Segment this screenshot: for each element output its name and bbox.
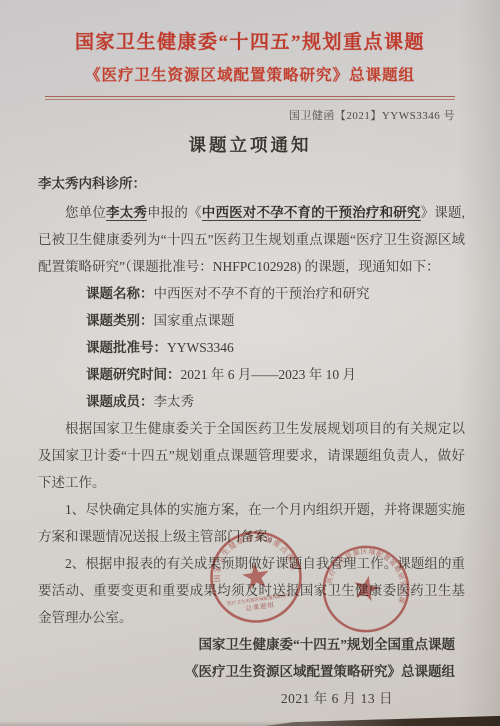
- detail-value: 2021 年 6 月——2023 年 10 月: [181, 367, 357, 382]
- detail-label: 课题名称：: [86, 286, 154, 301]
- para1-mid: 申报的《: [147, 205, 202, 220]
- applicant-name: 李太秀: [106, 205, 147, 221]
- document-number: 国卫健函【2021】YYWS3346 号: [0, 107, 500, 123]
- detail-label: 课题批准号：: [86, 340, 167, 355]
- detail-label: 课题研究时间：: [86, 367, 181, 382]
- signature-date: 2021 年 6 月 13 日: [38, 685, 465, 712]
- seal-star-icon: [241, 561, 271, 590]
- detail-project-category: 课题类别：国家重点课题: [38, 307, 465, 334]
- document-header: 国家卫生健康委“十四五”规划重点课题 《医疗卫生资源区域配置策略研究》总课题组 …: [0, 0, 500, 157]
- signature-org-line2: 《医疗卫生资源区域配置策略研究》总课题组: [38, 658, 455, 685]
- photo-bottom-shadow: [0, 721, 300, 726]
- document-body: 李太秀内科诊所： 您单位李太秀申报的《中西医对不孕不育的干预治疗和研究》课题, …: [0, 170, 500, 712]
- seal-star-icon: [351, 573, 381, 602]
- detail-label: 课题成员：: [86, 394, 154, 409]
- header-title-line1: 国家卫生健康委“十四五”规划重点课题: [0, 0, 500, 54]
- project-title-inline: 中西医对不孕不育的干预治疗和研究: [202, 205, 421, 221]
- detail-approval-number: 课题批准号：YYWS3346: [38, 334, 465, 361]
- detail-value: 国家重点课题: [154, 313, 235, 328]
- detail-project-name: 课题名称：中西医对不孕不育的干预治疗和研究: [38, 280, 465, 307]
- paragraph-requirements: 根据国家卫生健康委关于全国医药卫生发展规划项目的有关规定以及国家卫计委“十四五”…: [38, 415, 465, 496]
- detail-value: YYWS3346: [167, 340, 234, 355]
- paragraph-intro: 您单位李太秀申报的《中西医对不孕不育的干预治疗和研究》课题, 已被卫生健康委列为…: [38, 199, 465, 280]
- official-seal-right: 医疗卫生资源区域配置策略研究总课题组: [311, 534, 420, 643]
- detail-value: 李太秀: [154, 394, 195, 409]
- official-seal-left: 国家卫生健康委规划重点课题 医疗卫生资源区域配置策略研究 总课题组: [202, 523, 310, 631]
- para1-prefix: 您单位: [65, 205, 106, 220]
- detail-research-period: 课题研究时间：2021 年 6 月——2023 年 10 月: [38, 361, 465, 388]
- header-divider-rule: [45, 96, 455, 100]
- detail-label: 课题类别：: [86, 313, 154, 328]
- detail-project-members: 课题成员：李太秀: [38, 388, 465, 415]
- page-title: 课题立项通知: [0, 132, 500, 157]
- project-details-list: 课题名称：中西医对不孕不育的干预治疗和研究 课题类别：国家重点课题 课题批准号：…: [38, 280, 465, 415]
- recipient-line: 李太秀内科诊所：: [38, 170, 465, 197]
- header-title-line2: 《医疗卫生资源区域配置策略研究》总课题组: [0, 63, 500, 85]
- detail-value: 中西医对不孕不育的干预治疗和研究: [154, 286, 370, 301]
